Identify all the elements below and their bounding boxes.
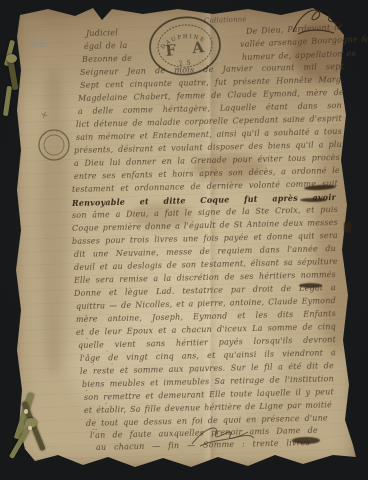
stitch-hole (24, 409, 28, 414)
binding-thread-top (0, 40, 26, 124)
manuscript-line: égal de la (84, 41, 128, 52)
stamp-sub-text: 2 S (179, 59, 193, 67)
stamp-ring-text: · · · · · · · · · · · · (37, 128, 70, 161)
archive-stamp: · · · · · · · · · · · · (37, 128, 71, 162)
manuscript-line: humeur de, appellation es (242, 49, 356, 63)
signature-flourish (186, 422, 260, 450)
fiscal-stamp: DAUPHINE F A 2 S (143, 10, 227, 82)
stitch-hole (28, 426, 32, 430)
stamp-letter: A (190, 38, 205, 57)
stamp-letter: F (164, 41, 177, 60)
thread-strand (3, 86, 12, 116)
manuscript-line: Judiciel (86, 28, 118, 39)
scan-background: CollationnéJudicielDe Dieu, Pardevant le… (0, 0, 368, 480)
ink-flourish (290, 4, 348, 38)
manuscript-line: Bezonne de (82, 54, 132, 65)
edge-ink-mark (344, 222, 351, 233)
ink-dash (300, 198, 327, 202)
binding-thread-bottom (15, 390, 63, 466)
ink-dash (299, 283, 322, 288)
thread-knot (6, 54, 17, 63)
ink-blot (292, 437, 320, 444)
